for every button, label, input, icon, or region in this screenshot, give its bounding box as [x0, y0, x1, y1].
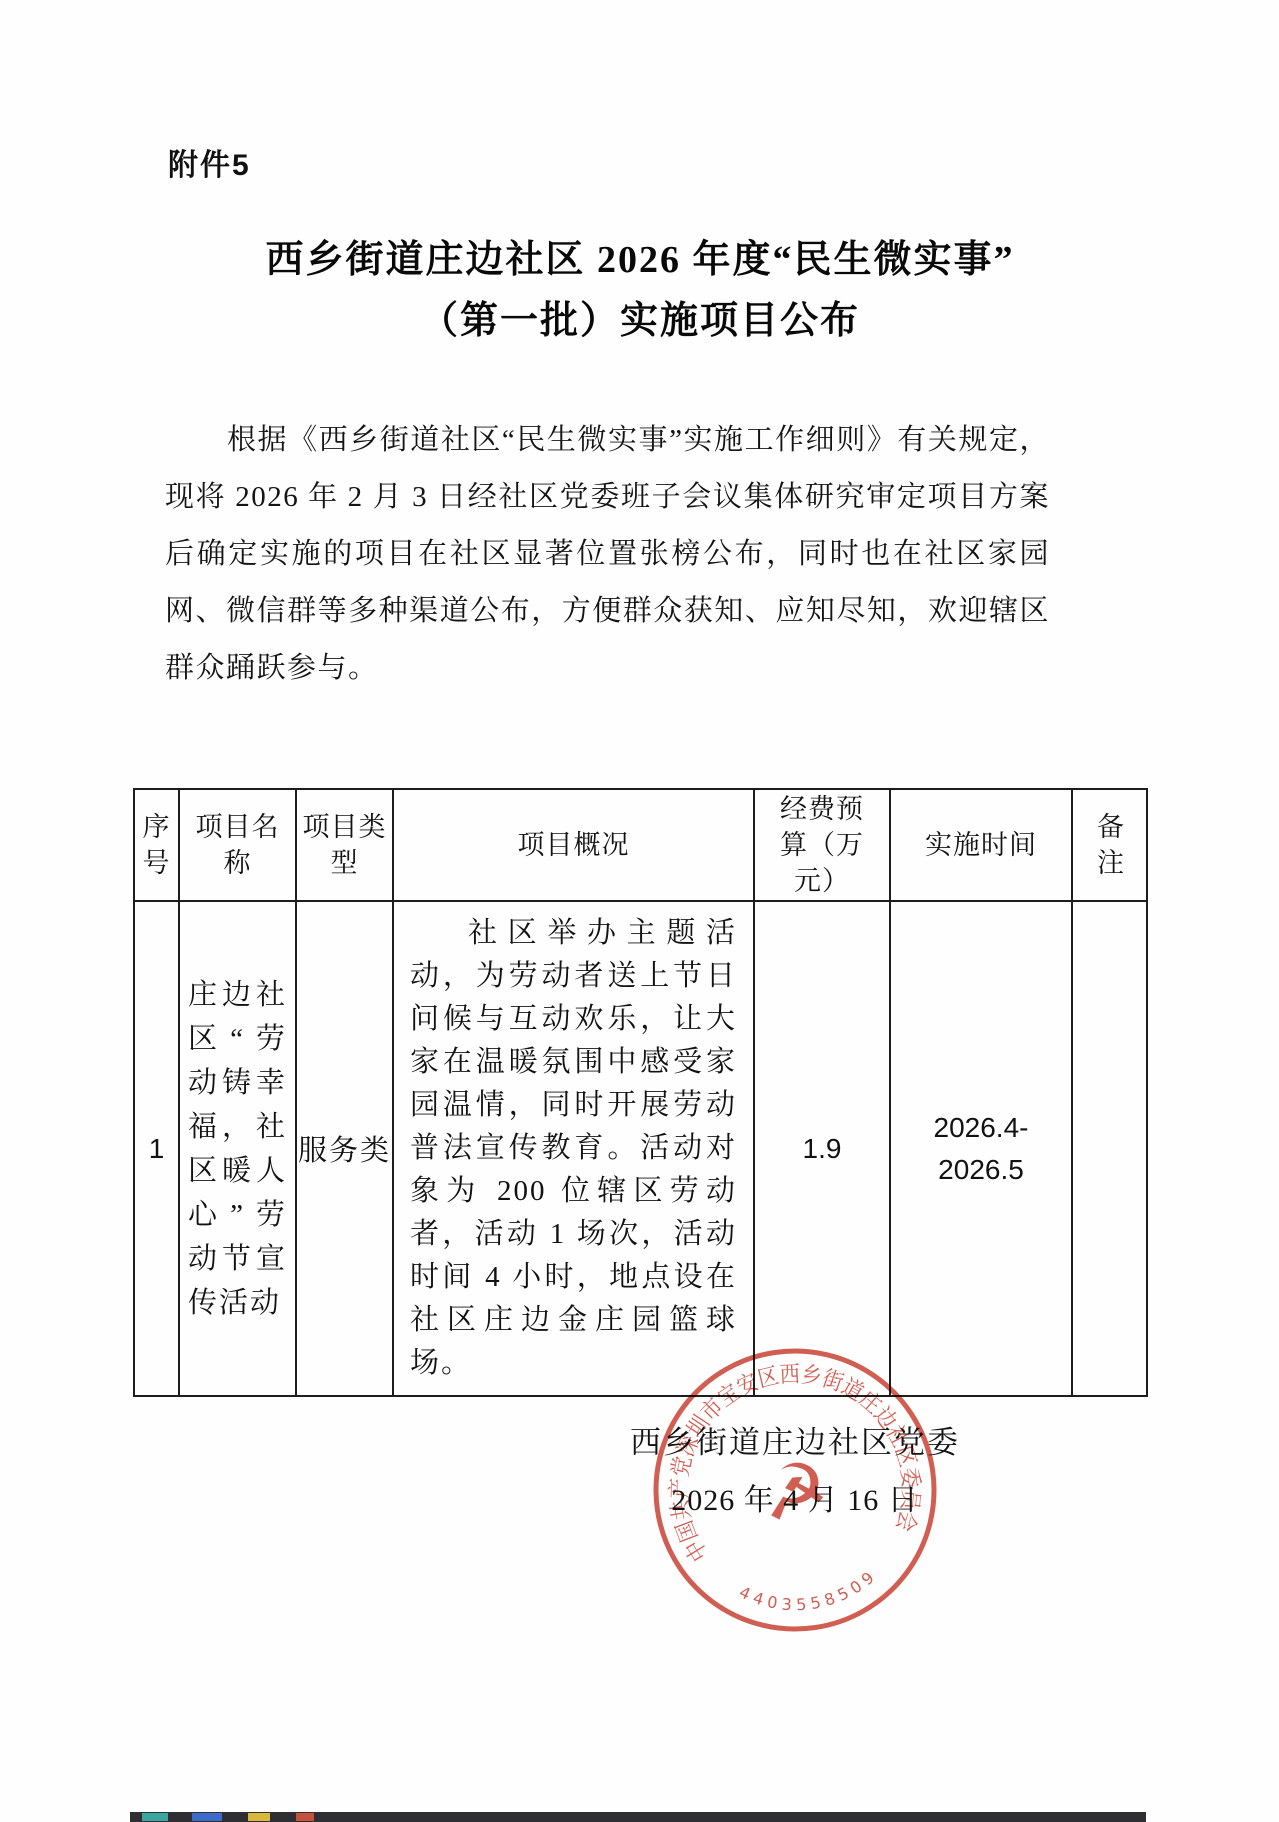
title-line-2: （第一批）实施项目公布 [60, 291, 1220, 352]
cell-project-name: 庄边社区“劳动铸幸福，社区暖人心”劳动节宣传活动 [179, 901, 296, 1396]
signature-block: 西乡街道庄边社区党委 2026 年 4 月 16 日 [555, 1420, 1035, 1524]
edge-chip-red [296, 1813, 314, 1821]
header-note: 备注 [1072, 789, 1147, 901]
cell-budget: 1.9 [754, 901, 890, 1396]
document-page: 附件5 西乡街道庄边社区 2026 年度“民生微实事” （第一批）实施项目公布 … [0, 0, 1279, 1822]
title-line-1: 西乡街道庄边社区 2026 年度“民生微实事” [60, 230, 1220, 291]
body-paragraph: 根据《西乡街道社区“民生微实事”实施工作细则》有关规定，现将 2026 年 2 … [165, 412, 1050, 697]
cell-project-overview: 社区举办主题活动，为劳动者送上节日问候与互动欢乐，让大家在温暖氛围中感受家园温情… [393, 901, 754, 1396]
edge-chip-blue [192, 1813, 222, 1821]
projects-table: 序号 项目名称 项目类型 项目概况 经费预算（万元） 实施时间 备注 1 庄边社… [133, 788, 1148, 1397]
document-title: 西乡街道庄边社区 2026 年度“民生微实事” （第一批）实施项目公布 [60, 230, 1220, 352]
cell-project-type: 服务类 [296, 901, 393, 1396]
table-header-row: 序号 项目名称 项目类型 项目概况 经费预算（万元） 实施时间 备注 [134, 789, 1147, 901]
table-row: 1 庄边社区“劳动铸幸福，社区暖人心”劳动节宣传活动 服务类 社区举办主题活动，… [134, 901, 1147, 1396]
page-edge-strip [130, 1812, 1146, 1822]
attachment-label: 附件5 [168, 140, 251, 184]
cell-note [1072, 901, 1147, 1396]
cell-time: 2026.4-2026.5 [890, 901, 1072, 1396]
header-time: 实施时间 [890, 789, 1072, 901]
seal-serial-number: 4403558509 [734, 1563, 885, 1623]
header-budget: 经费预算（万元） [754, 789, 890, 901]
header-seq: 序号 [134, 789, 179, 901]
signature-date: 2026 年 4 月 16 日 [555, 1478, 1035, 1524]
edge-chip-teal [142, 1813, 168, 1821]
header-project-name: 项目名称 [179, 789, 296, 901]
header-project-overview: 项目概况 [393, 789, 754, 901]
edge-chip-yellow [248, 1813, 270, 1821]
signature-org: 西乡街道庄边社区党委 [555, 1420, 1035, 1466]
header-project-type: 项目类型 [296, 789, 393, 901]
cell-seq: 1 [134, 901, 179, 1396]
